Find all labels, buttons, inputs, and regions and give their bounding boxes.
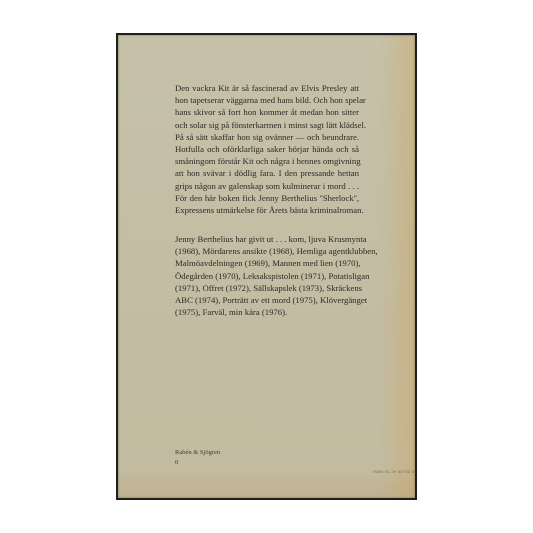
bibliography-paragraph: Jenny Berthelius har givit ut . . . kom,…	[175, 233, 359, 318]
bibliography-line: ABC (1974), Porträtt av ett mord (1975),…	[175, 294, 359, 306]
bibliography-line: Malmöavdelningen (1969), Mannen med lien…	[175, 257, 359, 269]
blurb-line: småningom förstår Kit och några i hennes…	[175, 155, 359, 167]
blurb-line: grips någon av galenskap som kulminerar …	[175, 180, 359, 192]
blurb-paragraph: Den vackra Kit är så fascinerad av Elvis…	[175, 82, 359, 216]
book-back-cover: Den vackra Kit är så fascinerad av Elvis…	[116, 33, 417, 500]
bibliography-line: (1968), Mördarens ansikte (1968), Hemlig…	[175, 245, 359, 257]
publisher-code: 0	[175, 458, 220, 468]
blurb-line: hans skivor så fort hon kommer åt medan …	[175, 106, 359, 118]
bibliography-line: Ödegården (1970), Leksakspistolen (1971)…	[175, 270, 359, 282]
publisher-imprint: Rabén & Sjögren 0	[175, 448, 220, 468]
bibliography-line: (1971), Offret (1972), Sällskapslek (197…	[175, 282, 359, 294]
publisher-name: Rabén & Sjögren	[175, 448, 220, 458]
isbn-number: ISBN 91 29 44732 9	[373, 469, 414, 474]
blurb-line: Den vackra Kit är så fascinerad av Elvis…	[175, 82, 359, 94]
blurb-line: För den här boken fick Jenny Berthelius …	[175, 192, 359, 204]
blurb-line: Expressens utmärkelse för Årets bästa kr…	[175, 204, 359, 216]
blurb-line: och solar sig på fönsterkarmen i minst s…	[175, 119, 359, 131]
bibliography-line: (1975), Farväl, min kära (1976).	[175, 306, 359, 318]
blurb-line: att hon svävar i dödlig fara. I den pres…	[175, 167, 359, 179]
blurb-line: Hotfulla och oförklarliga saker börjar h…	[175, 143, 359, 155]
bibliography-line: Jenny Berthelius har givit ut . . . kom,…	[175, 233, 359, 245]
blurb-line: hon tapetserar väggarna med hans bild. O…	[175, 94, 359, 106]
blurb-line: På så sätt skaffar hon sig ovänner — och…	[175, 131, 359, 143]
